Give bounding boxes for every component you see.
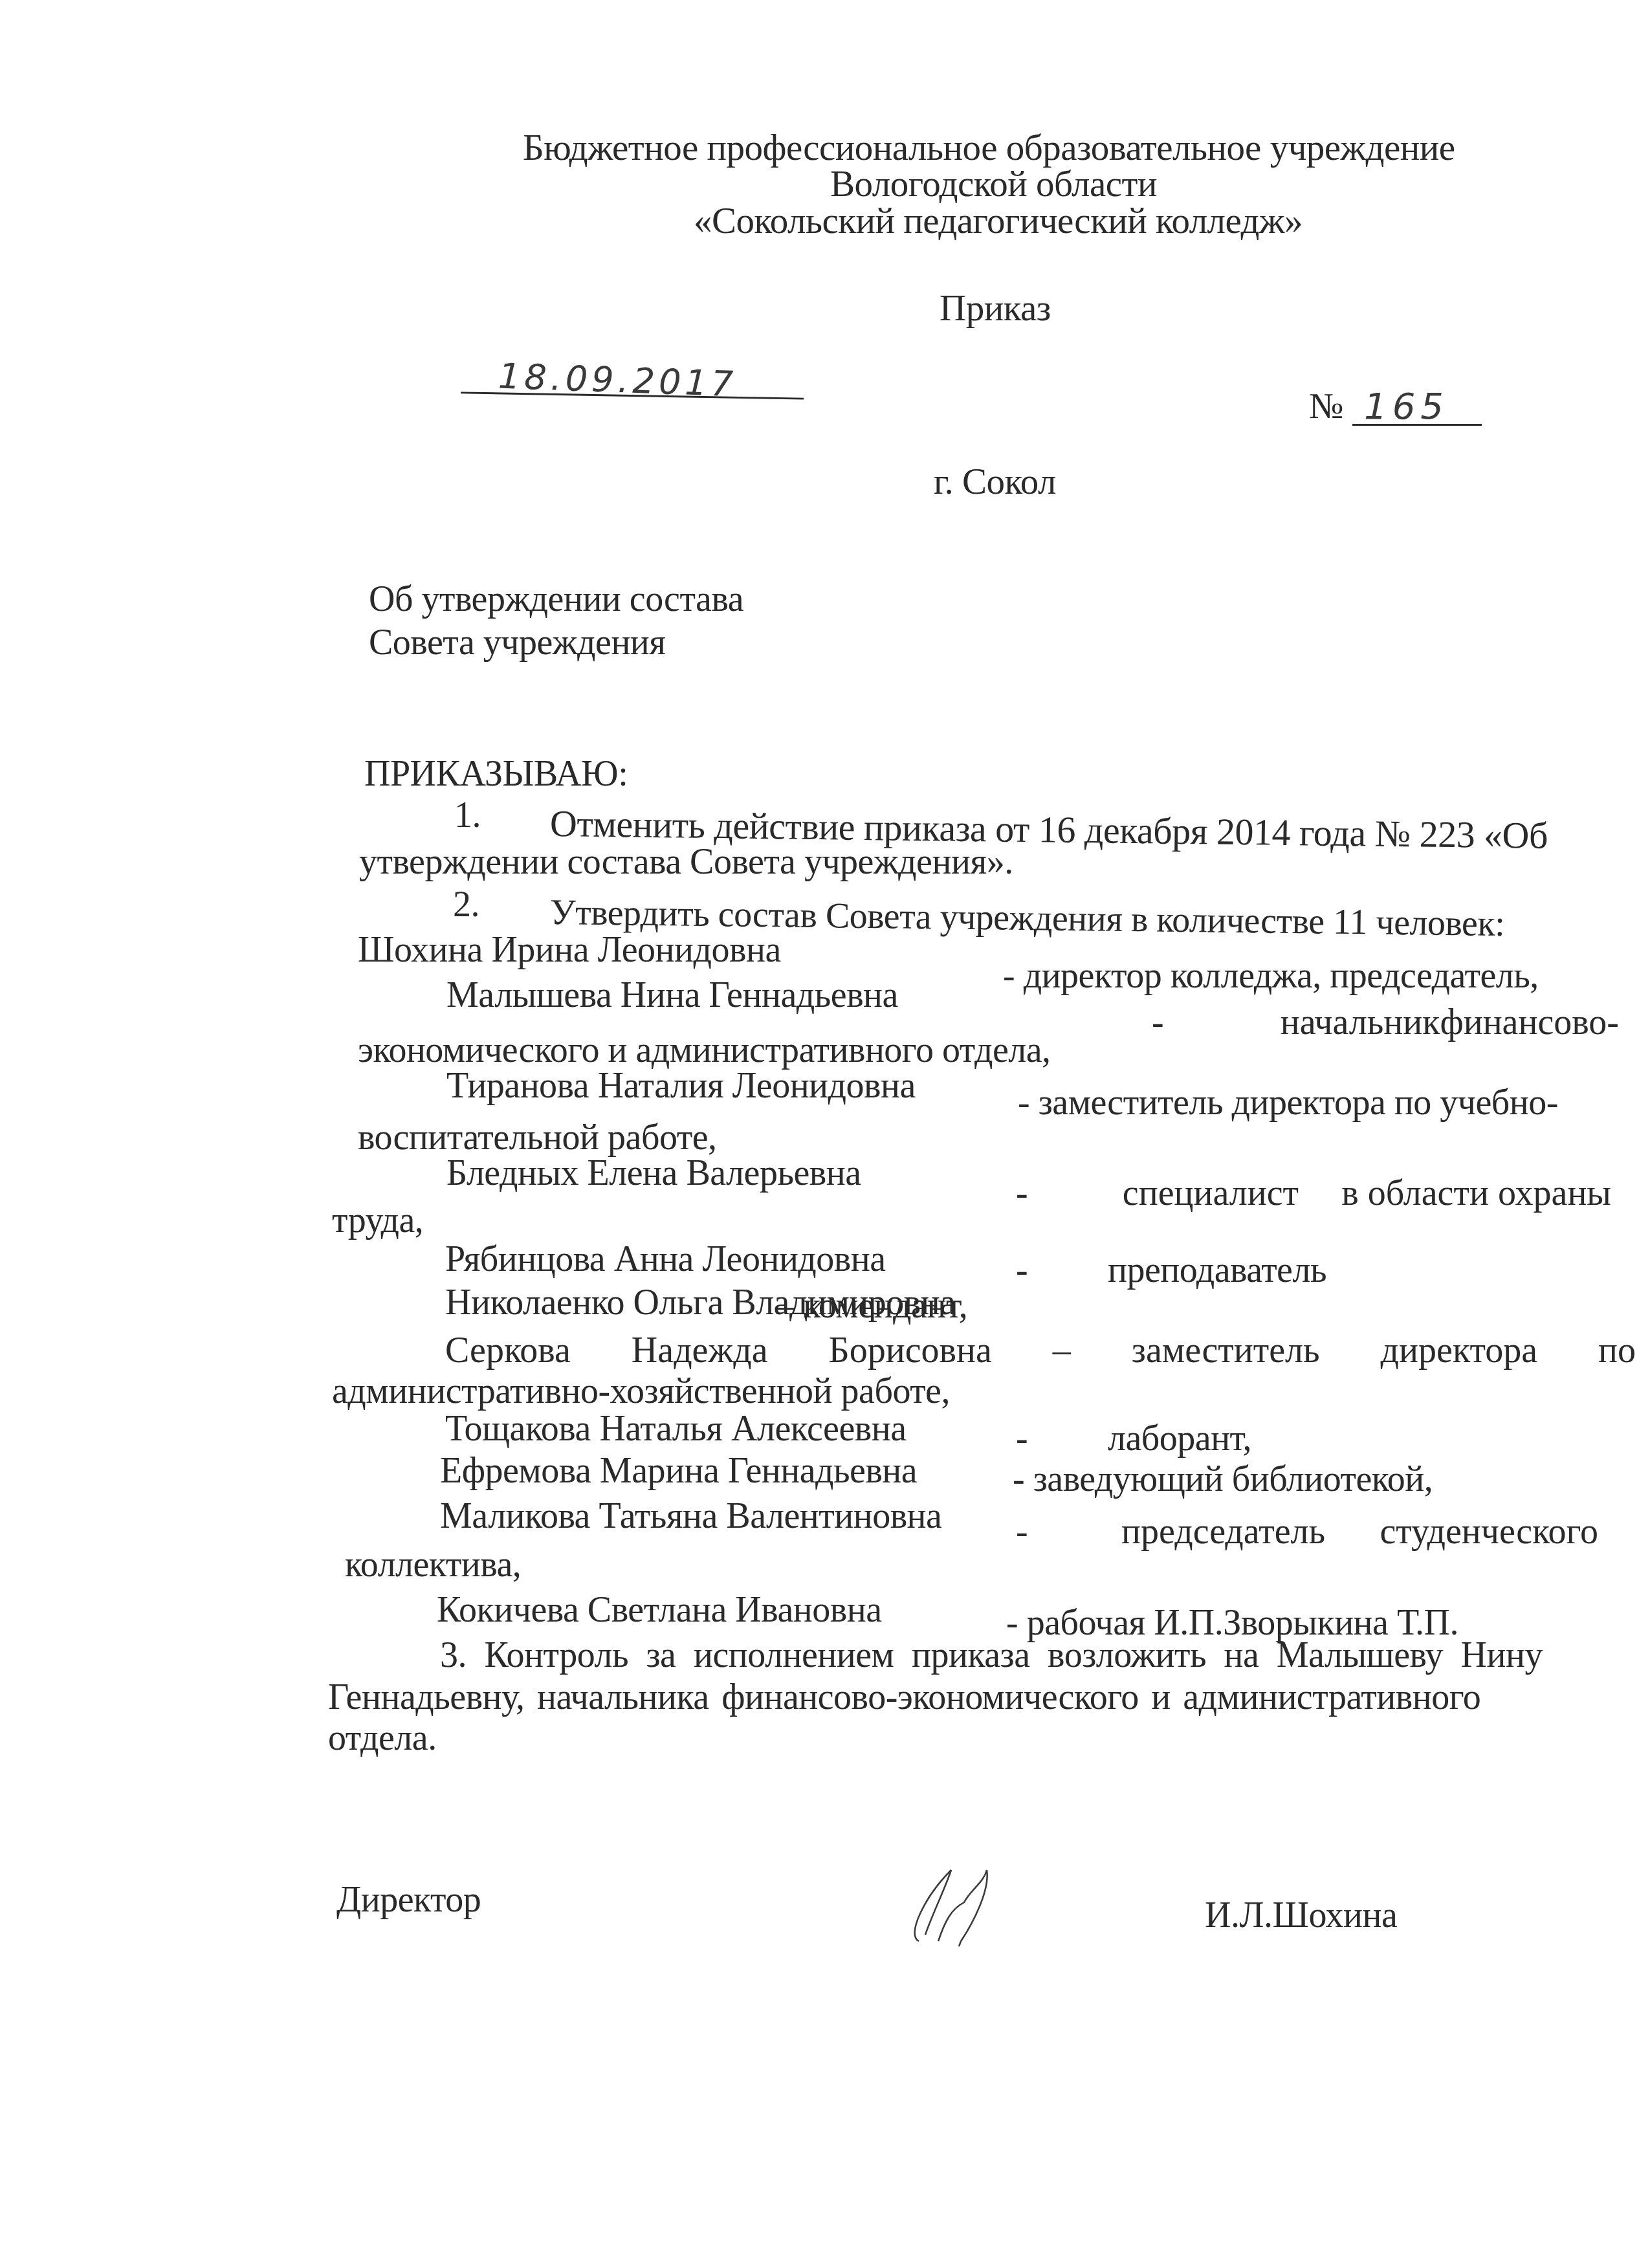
order-number-label: № — [1309, 388, 1343, 424]
order-number: 165 — [1364, 386, 1449, 428]
member-role-dash: - — [1152, 1002, 1164, 1043]
subject-line1: Об утверждении состава — [369, 581, 743, 617]
member-role-continuation: труда, — [332, 1202, 423, 1239]
member-role: - заведующий библиотекой, — [1013, 1461, 1433, 1497]
city: г. Сокол — [934, 463, 1056, 500]
member-role-part: заместитель — [1132, 1330, 1320, 1371]
member-name: Шохина Ирина Леонидовна — [358, 932, 781, 968]
member-role-continuation: административно-хозяйственной работе, — [332, 1373, 950, 1409]
signature-icon — [899, 1864, 1009, 1948]
member-role-part: в области охраны — [1341, 1173, 1611, 1214]
item-3-line2: Геннадьевну, начальника финансово-эконом… — [328, 1679, 1480, 1715]
institution-region: Вологодской области — [830, 166, 1157, 203]
member-role-row: - председатель студенческого — [1016, 1511, 1598, 1552]
item-1-number: 1. — [454, 797, 481, 833]
member-role: - заместитель директора по учебно- — [1018, 1084, 1558, 1121]
member-role-row: - начальник финансово- — [1152, 1002, 1611, 1043]
institution-name-line1: Бюджетное профессиональное образовательн… — [523, 129, 1455, 166]
member-role-continuation: воспитательной работе, — [358, 1119, 717, 1156]
member-name-row: Серкова Надежда Борисовна – заместитель … — [445, 1330, 1636, 1371]
member-name-part: Борисовна — [829, 1330, 992, 1371]
member-role-part: по — [1598, 1330, 1636, 1371]
item-3-line1: 3. Контроль за исполнением приказа возло… — [440, 1637, 1543, 1673]
signatory-initials: И.Л.Шохина — [1205, 1897, 1397, 1933]
order-word: ПРИКАЗЫВАЮ: — [364, 756, 628, 792]
member-role-part: председатель — [1121, 1511, 1325, 1552]
item-2-number: 2. — [453, 886, 479, 923]
member-role-dash: - — [1016, 1420, 1028, 1457]
member-role-dash: - — [1016, 1173, 1028, 1214]
member-role-continuation: экономического и административного отдел… — [358, 1032, 1051, 1068]
member-role-part: студенческого — [1380, 1511, 1598, 1552]
institution-college-name: «Сокольский педагогический колледж» — [694, 203, 1303, 239]
member-name: Тиранова Наталия Леонидовна — [446, 1068, 916, 1104]
member-name: Бледных Елена Валерьевна — [446, 1155, 861, 1191]
member-name: Кокичева Светлана Ивановна — [437, 1592, 882, 1628]
member-role-part: специалист — [1123, 1173, 1299, 1214]
member-name-part: Надежда — [632, 1330, 768, 1371]
document-type: Приказ — [940, 290, 1051, 327]
member-role: – комендант, — [776, 1288, 967, 1324]
subject-line2: Совета учреждения — [369, 624, 666, 661]
member-role-dash: - — [1016, 1511, 1028, 1552]
member-role-part: начальник — [1281, 1002, 1440, 1043]
member-role-part: финансово- — [1440, 1002, 1619, 1043]
item-3-line3: отдела. — [328, 1720, 437, 1756]
member-name: Малышева Нина Геннадьевна — [446, 977, 898, 1013]
member-role-dash: - — [1016, 1252, 1028, 1288]
member-role-part: директора — [1381, 1330, 1537, 1371]
number-underline — [1352, 424, 1482, 426]
member-name: Рябинцова Анна Леонидовна — [445, 1241, 886, 1277]
member-role: лаборант, — [1108, 1420, 1251, 1457]
member-role-row: - специалист в области охраны — [1016, 1173, 1611, 1214]
member-role: - директор колледжа, председатель, — [1003, 958, 1539, 994]
member-name: Ефремова Марина Геннадьевна — [440, 1453, 917, 1489]
member-role-continuation: коллектива, — [345, 1547, 521, 1583]
member-role-dash: – — [1053, 1330, 1071, 1371]
member-role: преподаватель — [1108, 1252, 1326, 1288]
member-name-part: Серкова — [445, 1330, 571, 1371]
member-name: Тощакова Наталья Алексеевна — [445, 1411, 907, 1447]
member-name: Маликова Татьяна Валентиновна — [440, 1498, 941, 1534]
item-1-line2: утверждении состава Совета учреждения». — [359, 844, 1013, 880]
signatory-title: Директор — [336, 1882, 481, 1918]
